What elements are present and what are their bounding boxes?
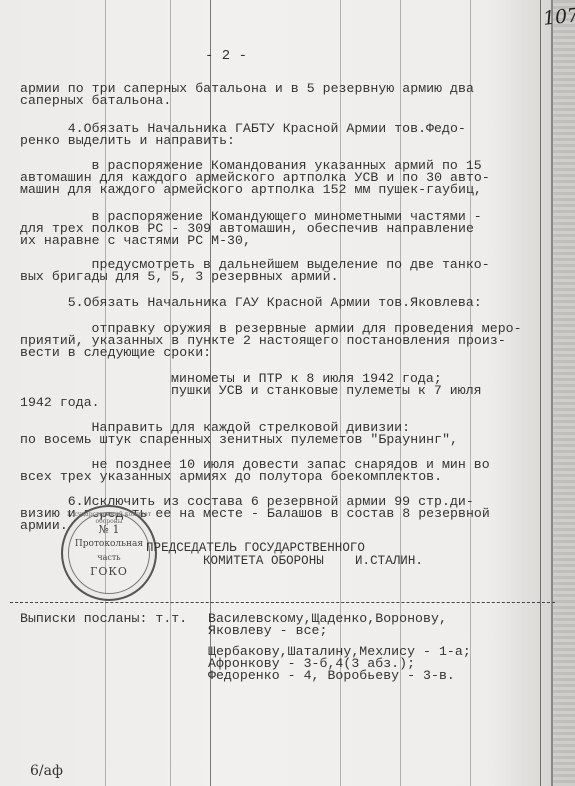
scan-artifact-line xyxy=(540,0,541,786)
document-text-line: ренко выделить и направить: xyxy=(20,134,235,147)
document-text-line: 5.Обязать Начальника ГАУ Красной Армии т… xyxy=(68,296,482,309)
seal-line: часть xyxy=(63,553,155,562)
scan-artifact-line xyxy=(105,0,106,786)
document-text-line: машин для каждого армейского артполка 15… xyxy=(20,183,482,196)
document-text-line: армии. xyxy=(20,519,68,532)
seal-line: ГОКО xyxy=(63,565,155,578)
separator-rule xyxy=(10,602,555,603)
signature-name: И.СТАЛИН. xyxy=(355,555,423,568)
typist-mark: 6/аф xyxy=(30,763,63,779)
document-text-line: 1942 года. xyxy=(20,396,100,409)
scan-edge-shadow xyxy=(553,0,575,786)
distribution-recipient-line: Федоренко - 4, Воробьеву - 3-в. xyxy=(208,669,455,682)
document-text-line: вести в следующие сроки: xyxy=(20,346,211,359)
document-text-line: их наравне с частями РС М-30, xyxy=(20,234,251,247)
document-text-line: по восемь штук спаренных зенитных пулеме… xyxy=(20,433,458,446)
distribution-label: Выписки посланы: т.т. xyxy=(20,612,187,625)
document-text-line: вых бригады для 5, 5, 3 резервных армий. xyxy=(20,270,339,283)
signature-title-line2: КОМИТЕТА ОБОРОНЫ xyxy=(203,555,324,568)
seal-line: Протокольная xyxy=(63,539,155,549)
document-text-line: пушки УСВ и станковые пулеметы к 7 июля xyxy=(171,384,482,397)
archive-page-number: 107 xyxy=(542,4,575,30)
document-page: 107 - 2 - армии по три саперных батальон… xyxy=(0,0,575,786)
seal-number: № 1 xyxy=(63,523,155,536)
document-text-line: саперных батальона. xyxy=(20,94,171,107)
distribution-recipient-line: Яковлеву - все; xyxy=(208,624,327,637)
official-seal: Государственный комитет обороны № 1 Прот… xyxy=(61,505,157,601)
document-text-line: всех трех указанных армиях до полутора б… xyxy=(20,470,442,483)
page-header-number: - 2 - xyxy=(205,48,247,64)
